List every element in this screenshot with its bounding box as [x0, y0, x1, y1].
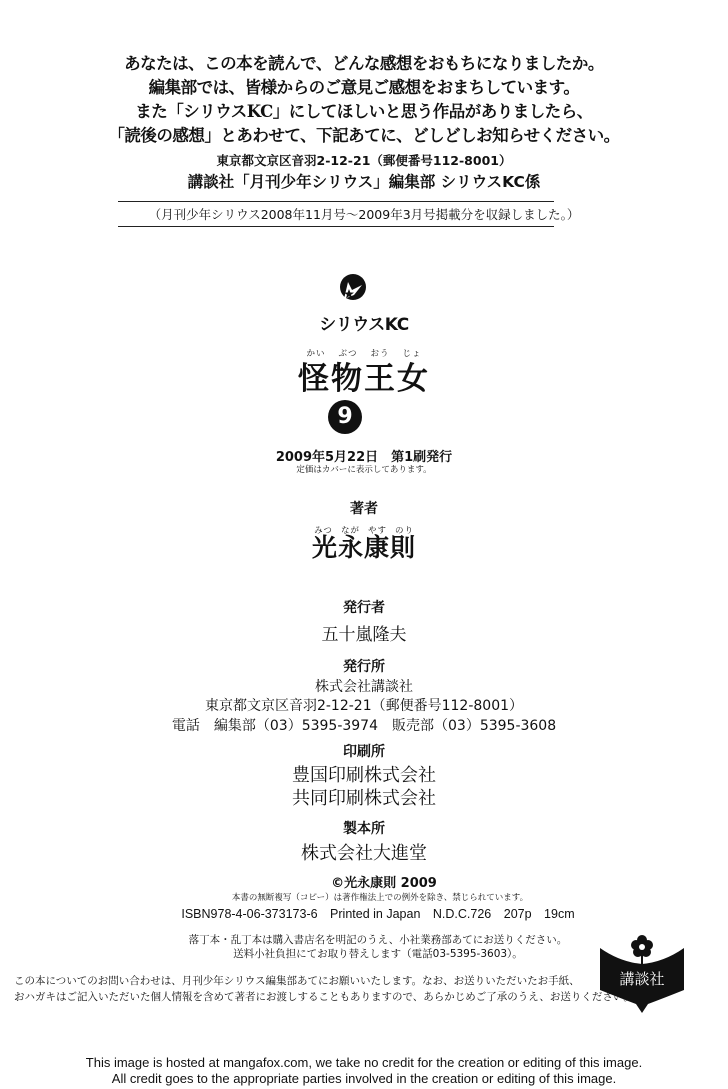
book-title: 怪物王女	[0, 353, 728, 398]
price-note: 定価はカバーに表示してあります。	[0, 463, 728, 475]
reader-message-line-1: あなたは、この本を読んで、どんな感想をおもちになりましたか。	[0, 52, 728, 76]
inquiry-notice-line-1: この本についてのお問い合わせは、月刊少年シリウス編集部あてにお願いいたします。な…	[14, 973, 580, 988]
reader-message-line-2: 編集部では、皆様からのご意見ご感想をおまちしています。	[0, 76, 728, 100]
copyright-line: ©光永康則 2009	[0, 872, 728, 891]
binder-label: 製本所	[0, 818, 728, 838]
isbn-line: ISBN978-4-06-373173-6 Printed in Japan N…	[0, 904, 728, 922]
sirius-star-logo-icon	[338, 273, 368, 303]
reader-address: 東京都文京区音羽2-12-21（郵便番号112-8001）	[0, 151, 728, 169]
publisher-label: 発行所	[0, 656, 728, 676]
volume-badge: 9	[328, 400, 362, 434]
copy-notice: 本書の無断複写（コピー）は著作権法上での例外を除き、禁じられています。	[0, 891, 728, 903]
publisher-phone: 電話 編集部（03）5395-3974 販売部（03）5395-3608	[0, 715, 728, 735]
inquiry-notice-line-2: おハガキはご記入いただいた個人情報を含めて著者にお渡しすることもありますので、あ…	[14, 989, 634, 1004]
author-label: 著者	[0, 498, 728, 518]
kodansha-logo-text: 講談社	[598, 968, 686, 989]
publisher-name: 株式会社講談社	[0, 676, 728, 696]
divider-top	[118, 201, 554, 202]
reader-recipient: 講談社「月刊少年シリウス」編集部 シリウスKC係	[0, 170, 728, 192]
publisher-person-label: 発行者	[0, 597, 728, 617]
credit-line-1: This image is hosted at mangafox.com, we…	[0, 1055, 728, 1070]
printer-label: 印刷所	[0, 741, 728, 761]
imprint-label: シリウスKC	[0, 310, 728, 335]
credit-line-2: All credit goes to the appropriate parti…	[0, 1071, 728, 1086]
reader-message-line-4: 「読後の感想」とあわせて、下記あてに、どしどしお知らせください。	[0, 124, 728, 148]
printer-name-2: 共同印刷株式会社	[0, 784, 728, 810]
publisher-person-name: 五十嵐隆夫	[0, 620, 728, 645]
collection-note: （月刊少年シリウス2008年11月号〜2009年3月号掲載分を収録しました。）	[0, 205, 728, 223]
divider-bottom	[118, 226, 554, 227]
reader-message-line-3: また「シリウスKC」にしてほしいと思う作品がありましたら、	[0, 100, 728, 124]
kodansha-logo: 講談社	[598, 932, 686, 1014]
binder-name: 株式会社大進堂	[0, 839, 728, 865]
publisher-address: 東京都文京区音羽2-12-21（郵便番号112-8001）	[0, 695, 728, 715]
author-name: 光永康則	[0, 528, 728, 564]
